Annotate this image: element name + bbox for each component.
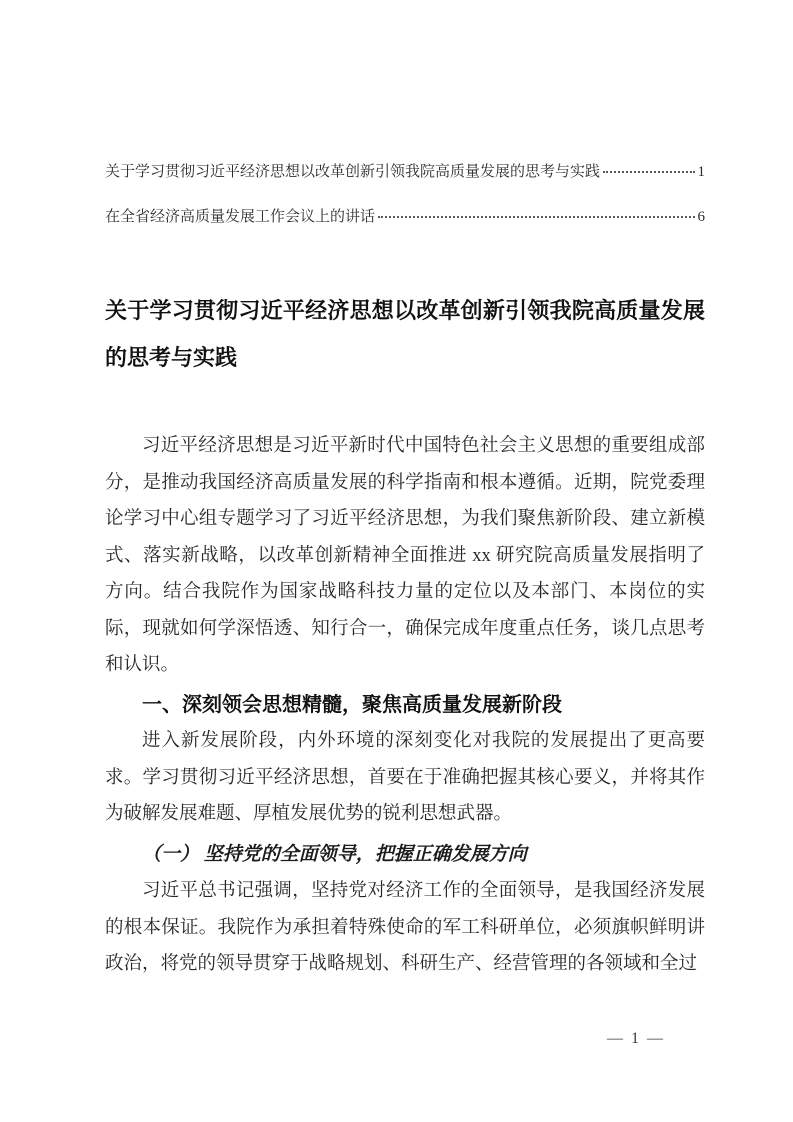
section-heading: 一、深刻领会思想精髓，聚焦高质量发展新阶段 bbox=[105, 687, 705, 724]
body-paragraph: 习近平总书记强调，坚持党对经济工作的全面领导，是我国经济发展的根本保证。我院作为… bbox=[105, 873, 705, 983]
toc-dot-leader bbox=[603, 171, 694, 173]
document-page: 关于学习贯彻习近平经济思想以改革创新引领我院高质量发展的思考与实践 1 在全省经… bbox=[0, 0, 793, 1122]
toc-page-number: 6 bbox=[698, 208, 706, 226]
toc-entry-title: 在全省经济高质量发展工作会议上的讲话 bbox=[105, 208, 375, 226]
toc-entry[interactable]: 在全省经济高质量发展工作会议上的讲话 6 bbox=[105, 208, 705, 226]
page-number: — 1 — bbox=[607, 1030, 665, 1048]
document-title: 关于学习贯彻习近平经济思想以改革创新引领我院高质量发展的思考与实践 bbox=[105, 287, 705, 381]
table-of-contents: 关于学习贯彻习近平经济思想以改革创新引领我院高质量发展的思考与实践 1 在全省经… bbox=[105, 163, 705, 226]
subsection-heading: （一） 坚持党的全面领导，把握正确发展方向 bbox=[105, 837, 705, 874]
toc-entry[interactable]: 关于学习贯彻习近平经济思想以改革创新引领我院高质量发展的思考与实践 1 bbox=[105, 163, 705, 181]
toc-entry-title: 关于学习贯彻习近平经济思想以改革创新引领我院高质量发展的思考与实践 bbox=[105, 163, 600, 181]
body-paragraph: 习近平经济思想是习近平新时代中国特色社会主义思想的重要组成部分，是推动我国经济高… bbox=[105, 428, 705, 684]
body-paragraph: 进入新发展阶段，内外环境的深刻变化对我院的发展提出了更高要求。学习贯彻习近平经济… bbox=[105, 723, 705, 833]
toc-page-number: 1 bbox=[698, 163, 706, 181]
toc-dot-leader bbox=[378, 216, 694, 218]
